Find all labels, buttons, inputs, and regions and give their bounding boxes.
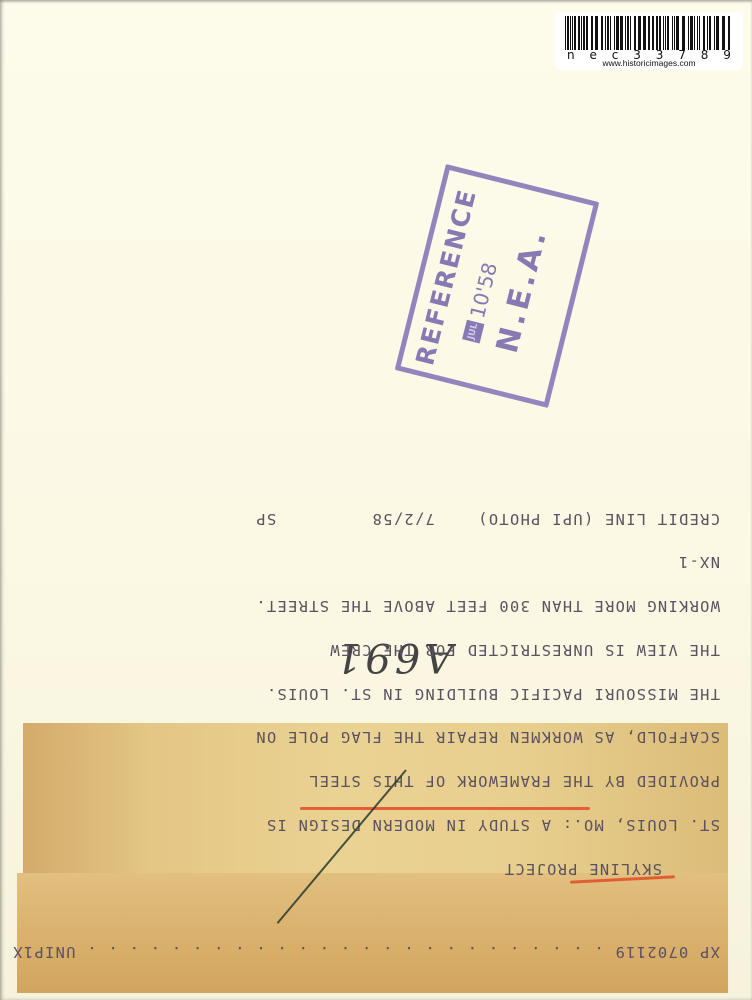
stamp-month: JUL — [462, 319, 484, 343]
caption-body-line: ST. LOUIS, MO.: A STUDY IN MODERN DESIGN… — [30, 817, 720, 832]
caption-body-line: THE MISSOURI PACIFIC BUILDING IN ST. LOU… — [30, 686, 720, 701]
caption-header: XP 0702119 . . . . . . . . . . . . . . .… — [30, 944, 720, 959]
caption-body-line: THE VIEW IS UNRESTRICTED FOR THE CREW — [30, 642, 720, 657]
caption-body-line: SCAFFOLD, AS WORKMEN REPAIR THE FLAG POL… — [30, 730, 720, 745]
caption-text: XP 0702119 . . . . . . . . . . . . . . .… — [30, 728, 720, 988]
stamp-org: N.E.A. — [490, 224, 555, 356]
caption-credit-row: CREDIT LINE (UPI PHOTO) 7/2/58 SP — [30, 511, 720, 526]
red-underline-mark — [300, 807, 590, 810]
caption-code: NX-1 — [30, 555, 720, 570]
barcode-label: nec33789 www.historicimages.com — [555, 12, 743, 70]
barcode-url: www.historicimages.com — [555, 58, 743, 68]
barcode-icon — [565, 16, 733, 50]
caption-body-line: WORKING MORE THAN 300 FEET ABOVE THE STR… — [30, 599, 720, 614]
caption-slug: SKYLINE PROJECT — [30, 861, 720, 876]
caption-body-line: PROVIDED BY THE FRAMEWORK OF THIS STEEL — [30, 774, 720, 789]
stamp-date: 10'58 — [465, 260, 502, 321]
